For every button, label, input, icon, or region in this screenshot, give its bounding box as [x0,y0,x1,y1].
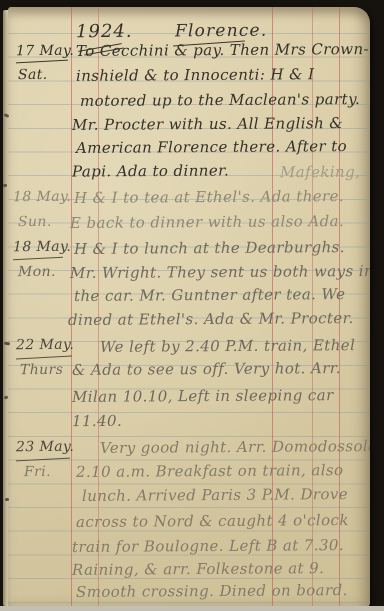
diary-line: E back to dinner with us also Ada. [70,212,344,232]
entry-day: Thurs [20,362,63,378]
entry-date: 23 May. [16,439,74,455]
diary-line: American Florence there. After to [76,137,347,157]
entry-date: 18 May. [13,239,71,255]
edge-mark [5,498,9,501]
diary-line: Very good night. Arr. Domodossola [100,437,370,457]
diary-line: Smooth crossing. Dined on board. [76,581,348,601]
diary-line: inshield & to Innocenti: H & I [76,65,314,85]
diary-line: Milan 10.10, Left in sleeping car [72,386,334,406]
entry-date: 17 May. [16,43,74,59]
diary-line: Mr. Procter with us. All English & [72,114,343,134]
margin-note: Mafeking, [280,163,360,182]
diary-line: 11.40. [72,412,122,430]
page-year: 1924. [76,21,133,42]
diary-page-photo: 1924. Florence. 17 May. Sat. To Cecchini… [0,0,384,611]
entry-day: Sat. [18,67,48,83]
diary-line: train for Boulogne. Left B at 7.30. [72,536,344,556]
entry-day: Mon. [18,264,56,280]
diary-line: motored up to the Maclean's party. [80,90,360,110]
photo-bottom-edge [0,606,384,611]
diary-line: & Ada to see us off. Very hot. Arr. [72,359,341,379]
diary-line: Raining, & arr. Folkestone at 9. [72,559,324,579]
diary-line: Mr. Wright. They sent us both ways in [70,262,370,282]
diary-line: dined at Ethel's. Ada & Mr. Procter. [68,309,354,329]
diary-line: Papi. Ada to dinner. [72,161,229,180]
diary-line: 2.10 a.m. Breakfast on train, also [76,461,344,481]
diary-page: 1924. Florence. 17 May. Sat. To Cecchini… [8,7,370,607]
entry-date: 18 May. [13,189,71,205]
margin-line [71,7,72,607]
diary-line: To Cecchini & pay. Then Mrs Crown- [76,40,369,60]
diary-line: We left by 2.40 P.M. train, Ethel [100,336,355,356]
entry-day: Fri. [24,464,51,480]
page-title: Florence. [175,21,268,42]
diary-line: lunch. Arrived Paris 3 P.M. Drove [82,485,348,505]
entry-date: 22 May. [16,337,74,353]
diary-line: H & I to lunch at the Dearburghs. [74,238,345,258]
diary-line: the car. Mr. Guntner after tea. We [74,285,345,305]
entry-day: Sun. [18,214,52,230]
diary-line: across to Nord & caught 4 o'clock [76,511,349,531]
diary-line: H & I to tea at Ethel's. Ada there. [74,187,344,207]
